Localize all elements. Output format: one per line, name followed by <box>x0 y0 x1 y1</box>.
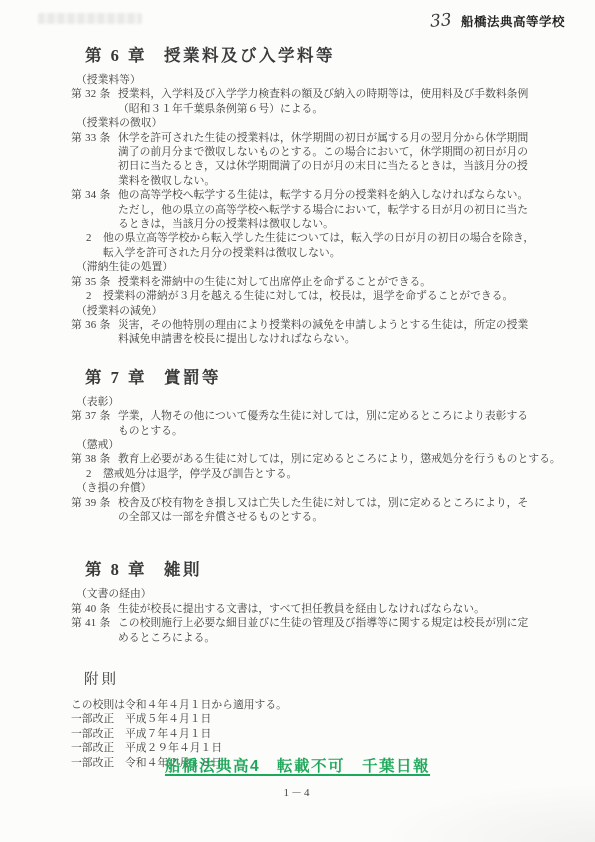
faint-stamp <box>38 13 142 24</box>
chapter-section: 第 8 章雑則（文書の経由）第 40 条生徒が校長に提出する文書は，すべて担任教… <box>71 560 547 645</box>
article-number: 第 32 条 <box>71 87 111 101</box>
article-line: 他の高等学校へ転学する生徒は，転学する月分の授業料を納入しなければならない。 <box>118 188 547 202</box>
chapter-heading: 第 7 章賞罰等 <box>85 368 547 388</box>
article-caption: （授業料の徴収） <box>76 116 547 130</box>
article: 第 38 条教育上必要がある生徒に対しては，別に定めるところにより，懲戒処分を行… <box>71 452 547 466</box>
sub-paragraph-number: 2 <box>86 289 97 303</box>
chapter-section: 第 7 章賞罰等（表彰）第 37 条学業，人物その他について優秀な生徒に対しては… <box>71 368 547 525</box>
chapter-heading: 第 6 章授業料及び入学料等 <box>85 46 547 66</box>
copyright-stamp: 船橋法典高4 転載不可 千葉日報 <box>0 754 595 776</box>
article-line: るときは，当該月分の授業料は徴収しない。 <box>118 217 547 231</box>
article-caption: （滞納生徒の処置） <box>76 260 547 274</box>
chapter-title: 雑則 <box>164 560 202 579</box>
article-body: 教育上必要がある生徒に対しては，別に定めるところにより，懲戒処分を行うものとする… <box>118 452 547 466</box>
article-line: 校舎及び校有物をき損し又は亡失した生徒に対しては，別に定めるところにより，そ <box>118 496 547 510</box>
page-number: 1－4 <box>0 784 595 800</box>
article-number: 第 38 条 <box>71 452 111 466</box>
article-line: ただし，他の県立の高等学校へ転学する場合において，転学する日が月の初日に当た <box>118 203 547 217</box>
article-line: 初日に当たるとき，又は休学期間満了の日が月の末日に当たるときは，当該月分の授 <box>118 159 547 173</box>
chapter-title: 授業料及び入学料等 <box>164 46 335 65</box>
article-line: ものとする。 <box>118 424 547 438</box>
sub-paragraph: 2懲戒処分は退学，停学及び訓告とする。 <box>86 467 547 481</box>
supplement-heading: 附則 <box>84 671 547 689</box>
document-content: 第 6 章授業料及び入学料等（授業料等）第 32 条授業料，入学料及び入学学力検… <box>71 46 547 770</box>
article-caption: （授業料等） <box>76 73 547 87</box>
article-body: 授業料を滞納中の生徒に対して出席停止を命ずることができる。 <box>118 275 547 289</box>
article-line: 災害，その他特別の理由により授業料の減免を申請しようとする生徒は，所定の授業 <box>118 318 547 332</box>
supplement-line: 一部改正 平成５年４月１日 <box>71 712 547 726</box>
article-body: 生徒が校長に提出する文書は，すべて担任教員を経由しなければならない。 <box>118 602 547 616</box>
sub-paragraph-number: 2 <box>86 467 97 481</box>
article-line: 授業料，入学料及び入学学力検査料の額及び納入の時期等は，使用料及び手数料条例 <box>118 87 547 101</box>
article-line: （昭和３１年千葉県条例第６号）による。 <box>118 102 547 116</box>
article-number: 第 37 条 <box>71 409 111 423</box>
chapter-number: 第 6 章 <box>85 46 147 65</box>
article-number: 第 33 条 <box>71 131 111 145</box>
article: 第 40 条生徒が校長に提出する文書は，すべて担任教員を経由しなければならない。 <box>71 602 547 616</box>
article-line: 教育上必要がある生徒に対しては，別に定めるところにより，懲戒処分を行うものとする… <box>118 452 547 466</box>
article-line: 懲戒処分は退学，停学及び訓告とする。 <box>103 467 547 481</box>
supplement-line: この校則は令和４年４月１日から適用する。 <box>71 698 547 712</box>
article-body: 校舎及び校有物をき損し又は亡失した生徒に対しては，別に定めるところにより，その全… <box>118 496 547 525</box>
article: 第 35 条授業料を滞納中の生徒に対して出席停止を命ずることができる。 <box>71 275 547 289</box>
page-header: 33 船橋法典高等学校 <box>430 11 565 31</box>
article-caption: （き損の弁償） <box>76 481 547 495</box>
article-line: 学業，人物その他について優秀な生徒に対しては，別に定めるところにより表彰する <box>118 409 547 423</box>
article-line: の全部又は一部を弁償させるものとする。 <box>118 510 547 524</box>
article-body: 休学を許可された生徒の授業料は，休学期間の初日が属する月の翌月分から休学期間満了… <box>118 131 547 189</box>
article-caption: （授業料の減免） <box>76 304 547 318</box>
article: 第 37 条学業，人物その他について優秀な生徒に対しては，別に定めるところにより… <box>71 409 547 438</box>
article: 第 36 条災害，その他特別の理由により授業料の減免を申請しようとする生徒は，所… <box>71 318 547 347</box>
article-line: 料減免申請書を校長に提出しなければならない。 <box>118 332 547 346</box>
article-line: 生徒が校長に提出する文書は，すべて担任教員を経由しなければならない。 <box>118 602 547 616</box>
sub-paragraph: 2授業料の滞納が３月を越える生徒に対しては，校長は，退学を命ずることができる。 <box>86 289 547 303</box>
article-caption: （表彰） <box>76 395 547 409</box>
article-caption: （文書の経由） <box>76 587 547 601</box>
article-number: 第 39 条 <box>71 496 111 510</box>
article: 第 41 条この校則施行上必要な細目並びに生徒の管理及び指導等に関する規定は校長… <box>71 616 547 645</box>
chapter-number: 第 8 章 <box>85 560 147 579</box>
supplement-line: 一部改正 平成７年４月１日 <box>71 727 547 741</box>
article-line: 休学を許可された生徒の授業料は，休学期間の初日が属する月の翌月分から休学期間 <box>118 131 547 145</box>
article-number: 第 41 条 <box>71 616 111 630</box>
article-number: 第 36 条 <box>71 318 111 332</box>
article-caption: （懲戒） <box>76 438 547 452</box>
article-body: 他の高等学校へ転学する生徒は，転学する月分の授業料を納入しなければならない。ただ… <box>118 188 547 231</box>
article-body: 学業，人物その他について優秀な生徒に対しては，別に定めるところにより表彰するもの… <box>118 409 547 438</box>
article-line: 授業料を滞納中の生徒に対して出席停止を命ずることができる。 <box>118 275 547 289</box>
article-body: 他の県立高等学校から転入学した生徒については，転入学の日が月の初日の場合を除き，… <box>103 231 547 260</box>
article-line: この校則施行上必要な細目並びに生徒の管理及び指導等に関する規定は校長が別に定 <box>118 616 547 630</box>
article-line: めるところによる。 <box>118 631 547 645</box>
article-body: 懲戒処分は退学，停学及び訓告とする。 <box>103 467 547 481</box>
article-body: 授業料の滞納が３月を越える生徒に対しては，校長は，退学を命ずることができる。 <box>103 289 547 303</box>
school-name: 船橋法典高等学校 <box>461 12 565 30</box>
article-body: 災害，その他特別の理由により授業料の減免を申請しようとする生徒は，所定の授業料減… <box>118 318 547 347</box>
article-body: 授業料，入学料及び入学学力検査料の額及び納入の時期等は，使用料及び手数料条例（昭… <box>118 87 547 116</box>
article-number: 第 35 条 <box>71 275 111 289</box>
document-page: 33 船橋法典高等学校 第 6 章授業料及び入学料等（授業料等）第 32 条授業… <box>0 0 595 842</box>
article: 第 32 条授業料，入学料及び入学学力検査料の額及び納入の時期等は，使用料及び手… <box>71 87 547 116</box>
article-number: 第 34 条 <box>71 188 111 202</box>
article-line: 授業料の滞納が３月を越える生徒に対しては，校長は，退学を命ずることができる。 <box>103 289 547 303</box>
article-number: 第 40 条 <box>71 602 111 616</box>
article: 第 33 条休学を許可された生徒の授業料は，休学期間の初日が属する月の翌月分から… <box>71 131 547 189</box>
sub-paragraph-number: 2 <box>86 231 97 245</box>
sub-paragraph: 2他の県立高等学校から転入学した生徒については，転入学の日が月の初日の場合を除き… <box>86 231 547 260</box>
chapter-title: 賞罰等 <box>164 368 221 387</box>
article-line: 業料を徴収しない。 <box>118 174 547 188</box>
chapter-number: 第 7 章 <box>85 368 147 387</box>
article: 第 34 条他の高等学校へ転学する生徒は，転学する月分の授業料を納入しなければな… <box>71 188 547 231</box>
article-line: 満了の前月分まで徴収しないものとする。この場合において，休学期間の初日が月の <box>118 145 547 159</box>
article-line: 他の県立高等学校から転入学した生徒については，転入学の日が月の初日の場合を除き， <box>103 231 547 245</box>
handwritten-number: 33 <box>430 10 453 32</box>
article: 第 39 条校舎及び校有物をき損し又は亡失した生徒に対しては，別に定めるところに… <box>71 496 547 525</box>
chapter-section: 第 6 章授業料及び入学料等（授業料等）第 32 条授業料，入学料及び入学学力検… <box>71 46 547 347</box>
article-body: この校則施行上必要な細目並びに生徒の管理及び指導等に関する規定は校長が別に定める… <box>118 616 547 645</box>
chapter-heading: 第 8 章雑則 <box>85 560 547 580</box>
article-line: 転入学を許可された月分の授業料は徴収しない。 <box>103 246 547 260</box>
